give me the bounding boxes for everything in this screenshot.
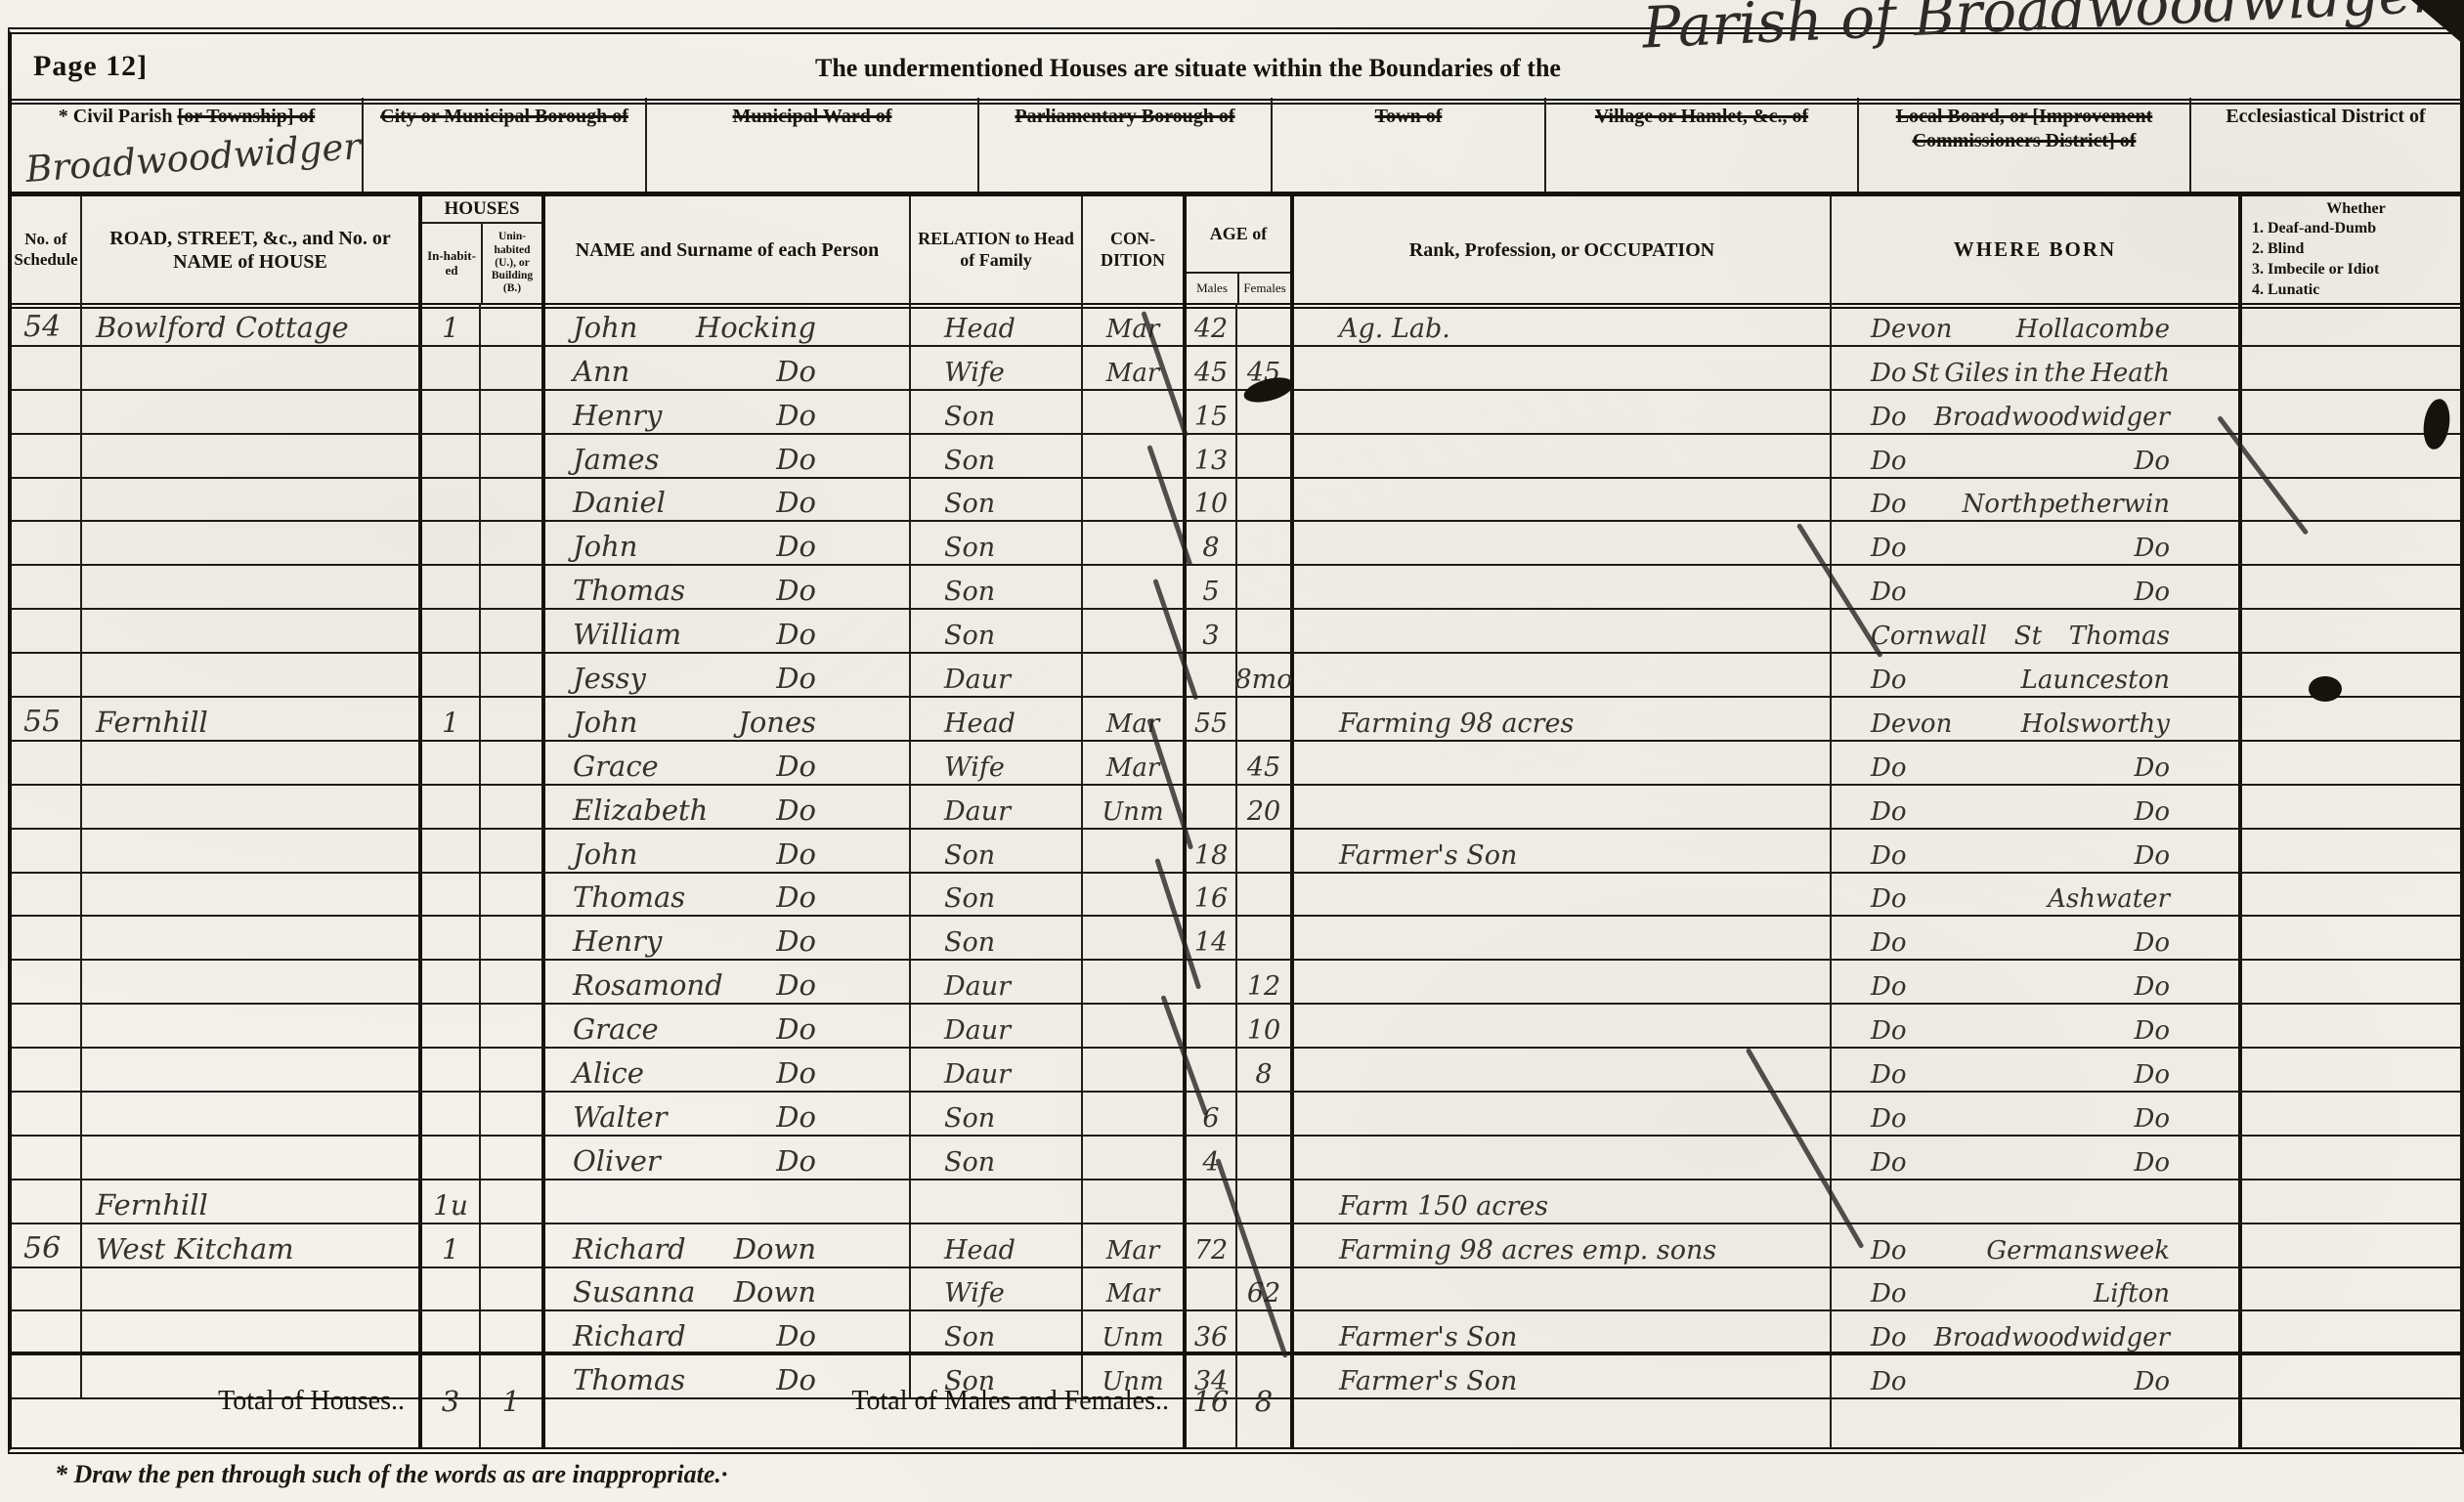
cell-schedule bbox=[12, 435, 82, 477]
cell-condition bbox=[1083, 566, 1187, 608]
cell-born: DoDo bbox=[1832, 522, 2242, 564]
col-header-uninhabited: Unin-habited (U.), or Building (B.) bbox=[483, 224, 541, 303]
cell-name: RichardDo bbox=[545, 1311, 911, 1353]
cell-name: JohnHocking bbox=[545, 303, 911, 345]
cell-born: DoLifton bbox=[1832, 1268, 2242, 1310]
table-row: HenryDo Son 14 DoDo bbox=[12, 917, 2460, 961]
cell-occupation bbox=[1294, 1093, 1832, 1135]
cell-age-female: 20 bbox=[1237, 786, 1294, 828]
cell-uninhabited bbox=[481, 742, 545, 784]
cell-name: WilliamDo bbox=[545, 610, 911, 652]
cell-occupation bbox=[1294, 522, 1832, 564]
col-header-whether: Whether1. Deaf-and-Dumb2. Blind3. Imbeci… bbox=[2242, 196, 2460, 303]
cell-age-female bbox=[1237, 1093, 1294, 1135]
cell-uninhabited bbox=[481, 1005, 545, 1047]
table-row: WalterDo Son 6 DoDo bbox=[12, 1093, 2460, 1137]
cell-age-female bbox=[1237, 917, 1294, 959]
cell-inhabited bbox=[422, 961, 481, 1003]
cell-occupation bbox=[1294, 786, 1832, 828]
cell-born: DoStGilesintheHeath bbox=[1832, 347, 2242, 389]
cell-schedule bbox=[12, 566, 82, 608]
col-header-houses: HOUSES bbox=[422, 196, 541, 224]
cell-schedule bbox=[12, 1005, 82, 1047]
cell-born: DoLaunceston bbox=[1832, 654, 2242, 696]
cell-road bbox=[82, 961, 422, 1003]
cell-age-female: 8 bbox=[1237, 1049, 1294, 1091]
cell-name: ThomasDo bbox=[545, 566, 911, 608]
cell-occupation bbox=[1294, 479, 1832, 521]
cell-schedule bbox=[12, 830, 82, 872]
cell-condition bbox=[1083, 654, 1187, 696]
cell-uninhabited bbox=[481, 479, 545, 521]
cell-road bbox=[82, 610, 422, 652]
cell-whether bbox=[2242, 961, 2460, 1003]
cell-age-male: 45 bbox=[1187, 347, 1237, 389]
total-females: 8 bbox=[1237, 1355, 1294, 1447]
cell-inhabited bbox=[422, 1311, 481, 1353]
cell-schedule: 56 bbox=[12, 1224, 82, 1266]
cell-relation bbox=[911, 1180, 1083, 1223]
total-houses-label: Total of Houses.. bbox=[12, 1355, 422, 1447]
cell-uninhabited bbox=[481, 1093, 545, 1135]
cell-occupation: Farming 98 acres bbox=[1294, 698, 1832, 740]
table-row: ThomasDo Son 5 DoDo bbox=[12, 566, 2460, 610]
district-field-label: City or Municipal Borough of bbox=[364, 105, 645, 129]
cell-road bbox=[82, 1311, 422, 1353]
col-header-males: Males bbox=[1187, 274, 1239, 303]
col-header-condition: CON- DITION bbox=[1083, 196, 1187, 303]
cell-born: DoDo bbox=[1832, 435, 2242, 477]
cell-road: Fernhill bbox=[82, 1180, 422, 1223]
cell-uninhabited bbox=[481, 347, 545, 389]
cell-relation: Son bbox=[911, 1311, 1083, 1353]
cell-uninhabited bbox=[481, 610, 545, 652]
cell-born: DoDo bbox=[1832, 742, 2242, 784]
cell-whether bbox=[2242, 1049, 2460, 1091]
col-header-females: Females bbox=[1239, 274, 1290, 303]
cell-whether bbox=[2242, 479, 2460, 521]
cell-inhabited bbox=[422, 435, 481, 477]
cell-inhabited bbox=[422, 566, 481, 608]
cell-condition bbox=[1083, 435, 1187, 477]
table-row: GraceDo Daur 10 DoDo bbox=[12, 1005, 2460, 1049]
cell-road bbox=[82, 566, 422, 608]
cell-schedule bbox=[12, 610, 82, 652]
table-row: 56 West Kitcham 1 RichardDown Head Mar 7… bbox=[12, 1224, 2460, 1268]
cell-occupation bbox=[1294, 1005, 1832, 1047]
cell-relation: Daur bbox=[911, 786, 1083, 828]
cell-relation: Son bbox=[911, 1137, 1083, 1179]
cell-whether bbox=[2242, 1224, 2460, 1266]
cell-born: DevonHolsworthy bbox=[1832, 698, 2242, 740]
cell-inhabited: 1u bbox=[422, 1180, 481, 1223]
district-field-label: Local Board, or [Improvement Commissione… bbox=[1859, 105, 2189, 153]
cell-age-female bbox=[1237, 435, 1294, 477]
cell-inhabited bbox=[422, 654, 481, 696]
cell-relation: Son bbox=[911, 917, 1083, 959]
cell-occupation bbox=[1294, 961, 1832, 1003]
district-field: Village or Hamlet, &c., of bbox=[1546, 98, 1859, 192]
col-header-houses-group: HOUSES In-habit-ed Unin-habited (U.), or… bbox=[422, 196, 545, 303]
cell-road bbox=[82, 347, 422, 389]
cell-relation: Son bbox=[911, 479, 1083, 521]
table-row: JamesDo Son 13 DoDo bbox=[12, 435, 2460, 479]
cell-relation: Daur bbox=[911, 1005, 1083, 1047]
cell-age-male: 42 bbox=[1187, 303, 1237, 345]
cell-condition: Mar bbox=[1083, 698, 1187, 740]
cell-uninhabited bbox=[481, 654, 545, 696]
cell-schedule bbox=[12, 1093, 82, 1135]
cell-born: DoDo bbox=[1832, 1137, 2242, 1179]
cell-uninhabited bbox=[481, 566, 545, 608]
cell-occupation: Farming 98 acres emp. sons bbox=[1294, 1224, 1832, 1266]
cell-name: GraceDo bbox=[545, 1005, 911, 1047]
cell-relation: Wife bbox=[911, 347, 1083, 389]
cell-relation: Daur bbox=[911, 961, 1083, 1003]
cell-occupation bbox=[1294, 610, 1832, 652]
cell-whether bbox=[2242, 347, 2460, 389]
district-field-label: Town of bbox=[1273, 105, 1544, 129]
district-field: Local Board, or [Improvement Commissione… bbox=[1859, 98, 2191, 192]
cell-born: DoDo bbox=[1832, 1049, 2242, 1091]
cell-road bbox=[82, 786, 422, 828]
district-field-label: Ecclesiastical District of bbox=[2191, 105, 2460, 129]
cell-age-female: 10 bbox=[1237, 1005, 1294, 1047]
cell-whether bbox=[2242, 1180, 2460, 1223]
cell-name: ThomasDo bbox=[545, 874, 911, 916]
cell-uninhabited bbox=[481, 1180, 545, 1223]
cell-road bbox=[82, 1049, 422, 1091]
cell-inhabited bbox=[422, 830, 481, 872]
cell-occupation: Farm 150 acres bbox=[1294, 1180, 1832, 1223]
cell-whether bbox=[2242, 917, 2460, 959]
cell-name: RichardDown bbox=[545, 1224, 911, 1266]
cell-name: HenryDo bbox=[545, 917, 911, 959]
cell-age-male: 4 bbox=[1187, 1137, 1237, 1179]
cell-occupation bbox=[1294, 1137, 1832, 1179]
cell-name: SusannaDown bbox=[545, 1268, 911, 1310]
cell-name: JohnDo bbox=[545, 522, 911, 564]
cell-relation: Head bbox=[911, 698, 1083, 740]
cell-name: WalterDo bbox=[545, 1093, 911, 1135]
cell-age-male: 14 bbox=[1187, 917, 1237, 959]
cell-uninhabited bbox=[481, 303, 545, 345]
cell-born: CornwallStThomas bbox=[1832, 610, 2242, 652]
cell-road bbox=[82, 654, 422, 696]
cell-occupation bbox=[1294, 874, 1832, 916]
cell-occupation bbox=[1294, 742, 1832, 784]
district-field: Municipal Ward of bbox=[647, 98, 979, 192]
district-field: Ecclesiastical District of bbox=[2191, 98, 2460, 192]
cell-road: Bowlford Cottage bbox=[82, 303, 422, 345]
cell-whether bbox=[2242, 1268, 2460, 1310]
cell-relation: Daur bbox=[911, 1049, 1083, 1091]
cell-age-female bbox=[1237, 479, 1294, 521]
cell-relation: Head bbox=[911, 1224, 1083, 1266]
col-header-born: WHERE BORN bbox=[1832, 196, 2242, 303]
cell-condition bbox=[1083, 522, 1187, 564]
cell-occupation: Farmer's Son bbox=[1294, 830, 1832, 872]
cell-road: Fernhill bbox=[82, 698, 422, 740]
district-field-label: Village or Hamlet, &c., of bbox=[1546, 105, 1857, 129]
cell-uninhabited bbox=[481, 1311, 545, 1353]
cell-age-male: 5 bbox=[1187, 566, 1237, 608]
cell-occupation bbox=[1294, 917, 1832, 959]
cell-inhabited bbox=[422, 917, 481, 959]
cell-schedule bbox=[12, 1268, 82, 1310]
col-header-name: NAME and Surname of each Person bbox=[545, 196, 911, 303]
col-header-age-group: AGE of Males Females bbox=[1187, 196, 1294, 303]
ink-blot bbox=[2309, 676, 2342, 702]
cell-schedule: 54 bbox=[12, 303, 82, 345]
cell-whether bbox=[2242, 1093, 2460, 1135]
cell-schedule bbox=[12, 1311, 82, 1353]
cell-age-female bbox=[1237, 303, 1294, 345]
district-field: Town of bbox=[1273, 98, 1546, 192]
census-sheet: Page 12] The undermentioned Houses are s… bbox=[0, 0, 2464, 1502]
cell-occupation bbox=[1294, 391, 1832, 433]
cell-age-female bbox=[1237, 1180, 1294, 1223]
cell-age-female bbox=[1237, 610, 1294, 652]
cell-name: RosamondDo bbox=[545, 961, 911, 1003]
cell-relation: Son bbox=[911, 610, 1083, 652]
cell-relation: Son bbox=[911, 435, 1083, 477]
district-field-label: Parliamentary Borough of bbox=[979, 105, 1271, 129]
table-row: JohnDo Son 18 Farmer's Son DoDo bbox=[12, 830, 2460, 874]
cell-schedule bbox=[12, 391, 82, 433]
cell-condition: Mar bbox=[1083, 742, 1187, 784]
cell-road bbox=[82, 479, 422, 521]
cell-whether bbox=[2242, 654, 2460, 696]
cell-road bbox=[82, 1137, 422, 1179]
table-row: GraceDo Wife Mar 45 DoDo bbox=[12, 742, 2460, 786]
cell-road bbox=[82, 742, 422, 784]
cell-whether bbox=[2242, 1311, 2460, 1353]
cell-road bbox=[82, 917, 422, 959]
cell-name: JamesDo bbox=[545, 435, 911, 477]
cell-age-male: 36 bbox=[1187, 1311, 1237, 1353]
cell-name: HenryDo bbox=[545, 391, 911, 433]
col-header-road: ROAD, STREET, &c., and No. or NAME of HO… bbox=[82, 196, 422, 303]
cell-born: DoNorthpetherwin bbox=[1832, 479, 2242, 521]
cell-whether bbox=[2242, 522, 2460, 564]
cell-age-male: 13 bbox=[1187, 435, 1237, 477]
totals-blank-whether bbox=[2242, 1355, 2460, 1447]
cell-inhabited bbox=[422, 1137, 481, 1179]
totals-blank-born bbox=[1832, 1355, 2242, 1447]
cell-uninhabited bbox=[481, 698, 545, 740]
cell-whether bbox=[2242, 742, 2460, 784]
cell-name: DanielDo bbox=[545, 479, 911, 521]
table-row: AliceDo Daur 8 DoDo bbox=[12, 1049, 2460, 1093]
cell-name: JohnDo bbox=[545, 830, 911, 872]
total-persons-label: Total of Males and Females.. bbox=[545, 1355, 1187, 1447]
cell-whether bbox=[2242, 698, 2460, 740]
page-corner-fold bbox=[2411, 0, 2464, 45]
cell-age-female bbox=[1237, 698, 1294, 740]
cell-road bbox=[82, 522, 422, 564]
cell-age-female bbox=[1237, 1137, 1294, 1179]
cell-inhabited bbox=[422, 742, 481, 784]
table-row: DanielDo Son 10 DoNorthpetherwin bbox=[12, 479, 2460, 523]
cell-age-female: 45 bbox=[1237, 742, 1294, 784]
cell-inhabited bbox=[422, 522, 481, 564]
cell-relation: Head bbox=[911, 303, 1083, 345]
cell-age-female bbox=[1237, 874, 1294, 916]
cell-relation: Wife bbox=[911, 742, 1083, 784]
cell-occupation bbox=[1294, 1268, 1832, 1310]
cell-road bbox=[82, 874, 422, 916]
cell-inhabited: 1 bbox=[422, 1224, 481, 1266]
cell-relation: Son bbox=[911, 874, 1083, 916]
cell-road bbox=[82, 1093, 422, 1135]
cell-age-male: 18 bbox=[1187, 830, 1237, 872]
total-males: 16 bbox=[1187, 1355, 1237, 1447]
col-header-inhabited: In-habit-ed bbox=[422, 224, 483, 303]
cell-name bbox=[545, 1180, 911, 1223]
table-row: HenryDo Son 15 DoBroadwoodwidger bbox=[12, 391, 2460, 435]
cell-uninhabited bbox=[481, 391, 545, 433]
cell-condition: Mar bbox=[1083, 303, 1187, 345]
cell-born: DoDo bbox=[1832, 961, 2242, 1003]
cell-age-female: 8mo bbox=[1237, 654, 1294, 696]
cell-name: JessyDo bbox=[545, 654, 911, 696]
cell-name: JohnJones bbox=[545, 698, 911, 740]
cell-age-male: 16 bbox=[1187, 874, 1237, 916]
cell-schedule bbox=[12, 742, 82, 784]
cell-age-female bbox=[1237, 522, 1294, 564]
cell-uninhabited bbox=[481, 435, 545, 477]
cell-road bbox=[82, 1268, 422, 1310]
cell-born bbox=[1832, 1180, 2242, 1223]
table-row: OliverDo Son 4 DoDo bbox=[12, 1137, 2460, 1180]
cell-born: DoBroadwoodwidger bbox=[1832, 1311, 2242, 1353]
col-header-relation: RELATION to Head of Family bbox=[911, 196, 1083, 303]
cell-uninhabited bbox=[481, 961, 545, 1003]
cell-inhabited bbox=[422, 786, 481, 828]
cell-born: DoDo bbox=[1832, 786, 2242, 828]
cell-whether bbox=[2242, 610, 2460, 652]
col-header-occupation: Rank, Profession, or OCCUPATION bbox=[1294, 196, 1832, 303]
table-row: AnnDo Wife Mar 45 45 DoStGilesintheHeath bbox=[12, 347, 2460, 391]
cell-schedule bbox=[12, 479, 82, 521]
cell-uninhabited bbox=[481, 522, 545, 564]
cell-whether bbox=[2242, 1137, 2460, 1179]
cell-name: OliverDo bbox=[545, 1137, 911, 1179]
cell-relation: Son bbox=[911, 391, 1083, 433]
cell-occupation: Ag. Lab. bbox=[1294, 303, 1832, 345]
table-row: JessyDo Daur 8mo DoLaunceston bbox=[12, 654, 2460, 698]
table-row: RosamondDo Daur 12 DoDo bbox=[12, 961, 2460, 1005]
cell-age-male: 6 bbox=[1187, 1093, 1237, 1135]
cell-uninhabited bbox=[481, 1224, 545, 1266]
cell-age-male: 10 bbox=[1187, 479, 1237, 521]
cell-inhabited bbox=[422, 347, 481, 389]
cell-age-male: 3 bbox=[1187, 610, 1237, 652]
cell-born: DoDo bbox=[1832, 830, 2242, 872]
cell-inhabited bbox=[422, 479, 481, 521]
cell-schedule bbox=[12, 961, 82, 1003]
cell-condition bbox=[1083, 917, 1187, 959]
cell-born: DoGermansweek bbox=[1832, 1224, 2242, 1266]
cell-condition bbox=[1083, 1049, 1187, 1091]
cell-born: DoBroadwoodwidger bbox=[1832, 391, 2242, 433]
district-field-value: Broadwoodwidger bbox=[24, 125, 362, 191]
cell-relation: Daur bbox=[911, 654, 1083, 696]
table-row: JohnDo Son 8 DoDo bbox=[12, 522, 2460, 566]
cell-occupation bbox=[1294, 435, 1832, 477]
district-band: * Civil Parish [or Township] of Broadwoo… bbox=[8, 98, 2464, 196]
cell-whether bbox=[2242, 1005, 2460, 1047]
col-header-schedule: No. of Schedule bbox=[12, 196, 82, 303]
cell-condition: Mar bbox=[1083, 347, 1187, 389]
district-field: * Civil Parish [or Township] of Broadwoo… bbox=[12, 98, 364, 192]
cell-road bbox=[82, 435, 422, 477]
cell-uninhabited bbox=[481, 1049, 545, 1091]
table-row: SusannaDown Wife Mar 62 DoLifton bbox=[12, 1268, 2460, 1312]
cell-schedule bbox=[12, 1049, 82, 1091]
cell-uninhabited bbox=[481, 917, 545, 959]
cell-road bbox=[82, 830, 422, 872]
cell-condition bbox=[1083, 1137, 1187, 1179]
cell-whether bbox=[2242, 830, 2460, 872]
cell-schedule bbox=[12, 654, 82, 696]
total-houses-uninhabited: 1 bbox=[481, 1355, 545, 1447]
cell-age-male bbox=[1187, 1005, 1237, 1047]
cell-schedule: 55 bbox=[12, 698, 82, 740]
cell-inhabited bbox=[422, 391, 481, 433]
cell-schedule bbox=[12, 522, 82, 564]
cell-uninhabited bbox=[481, 874, 545, 916]
cell-whether bbox=[2242, 874, 2460, 916]
table-row: 55 Fernhill 1 JohnJones Head Mar 55 Farm… bbox=[12, 698, 2460, 742]
cell-age-female bbox=[1237, 830, 1294, 872]
cell-inhabited bbox=[422, 1268, 481, 1310]
cell-condition: Mar bbox=[1083, 1224, 1187, 1266]
cell-age-female: 12 bbox=[1237, 961, 1294, 1003]
cell-occupation: Farmer's Son bbox=[1294, 1311, 1832, 1353]
district-field-label: * Civil Parish [or Township] of bbox=[12, 105, 362, 129]
cell-age-male: 72 bbox=[1187, 1224, 1237, 1266]
cell-age-male bbox=[1187, 786, 1237, 828]
cell-born: DevonHollacombe bbox=[1832, 303, 2242, 345]
cell-inhabited bbox=[422, 1005, 481, 1047]
cell-inhabited bbox=[422, 874, 481, 916]
page-number-label: Page 12] bbox=[33, 50, 148, 83]
cell-age-male: 8 bbox=[1187, 522, 1237, 564]
cell-relation: Wife bbox=[911, 1268, 1083, 1310]
cell-road bbox=[82, 1005, 422, 1047]
totals-row: Total of Houses.. 3 1 Total of Males and… bbox=[8, 1352, 2464, 1454]
table-row: RichardDo Son Unm 36 Farmer's Son DoBroa… bbox=[12, 1311, 2460, 1355]
boundary-sentence: The undermentioned Houses are situate wi… bbox=[815, 54, 1561, 83]
cell-name: GraceDo bbox=[545, 742, 911, 784]
cell-born: DoAshwater bbox=[1832, 874, 2242, 916]
cell-age-male bbox=[1187, 742, 1237, 784]
cell-condition bbox=[1083, 961, 1187, 1003]
cell-age-male bbox=[1187, 1268, 1237, 1310]
cell-schedule bbox=[12, 917, 82, 959]
cell-uninhabited bbox=[481, 786, 545, 828]
district-field: City or Municipal Borough of bbox=[364, 98, 647, 192]
cell-relation: Son bbox=[911, 566, 1083, 608]
table-row: 54 Bowlford Cottage 1 JohnHocking Head M… bbox=[12, 303, 2460, 347]
cell-condition bbox=[1083, 1093, 1187, 1135]
cell-condition bbox=[1083, 830, 1187, 872]
cell-uninhabited bbox=[481, 1137, 545, 1179]
table-row: ElizabethDo Daur Unm 20 DoDo bbox=[12, 786, 2460, 830]
cell-relation: Son bbox=[911, 1093, 1083, 1135]
